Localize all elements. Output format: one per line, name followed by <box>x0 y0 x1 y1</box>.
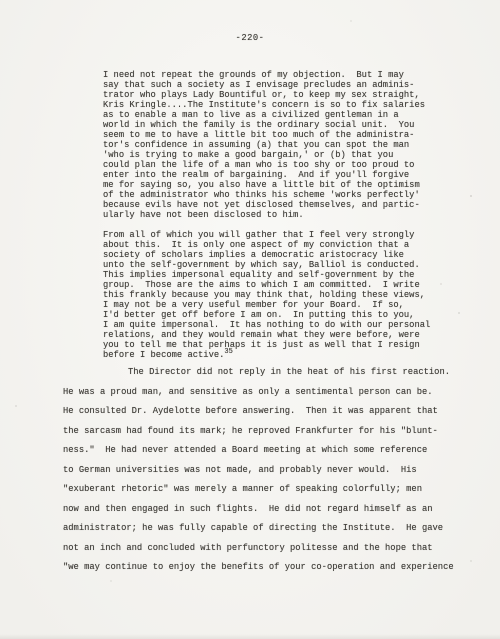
page-bottom-shadow <box>0 634 500 639</box>
paper-specks <box>470 195 472 197</box>
scanned-document: { "colors": { "paper": "#f6f5f1", "ink":… <box>0 0 500 639</box>
document-page: -220- I need not repeat the grounds of m… <box>0 0 500 639</box>
quote-paragraph-2-text: From all of which you will gather that I… <box>103 230 430 360</box>
quote-paragraph-2: From all of which you will gather that I… <box>103 230 448 360</box>
body-paragraph: The Director did not reply in the heat o… <box>63 363 463 578</box>
footnote-reference: 35 <box>224 348 232 356</box>
quote-paragraph-1: I need not repeat the grounds of my obje… <box>103 70 448 220</box>
page-number: -220- <box>0 33 500 43</box>
block-quotation: I need not repeat the grounds of my obje… <box>103 70 448 360</box>
